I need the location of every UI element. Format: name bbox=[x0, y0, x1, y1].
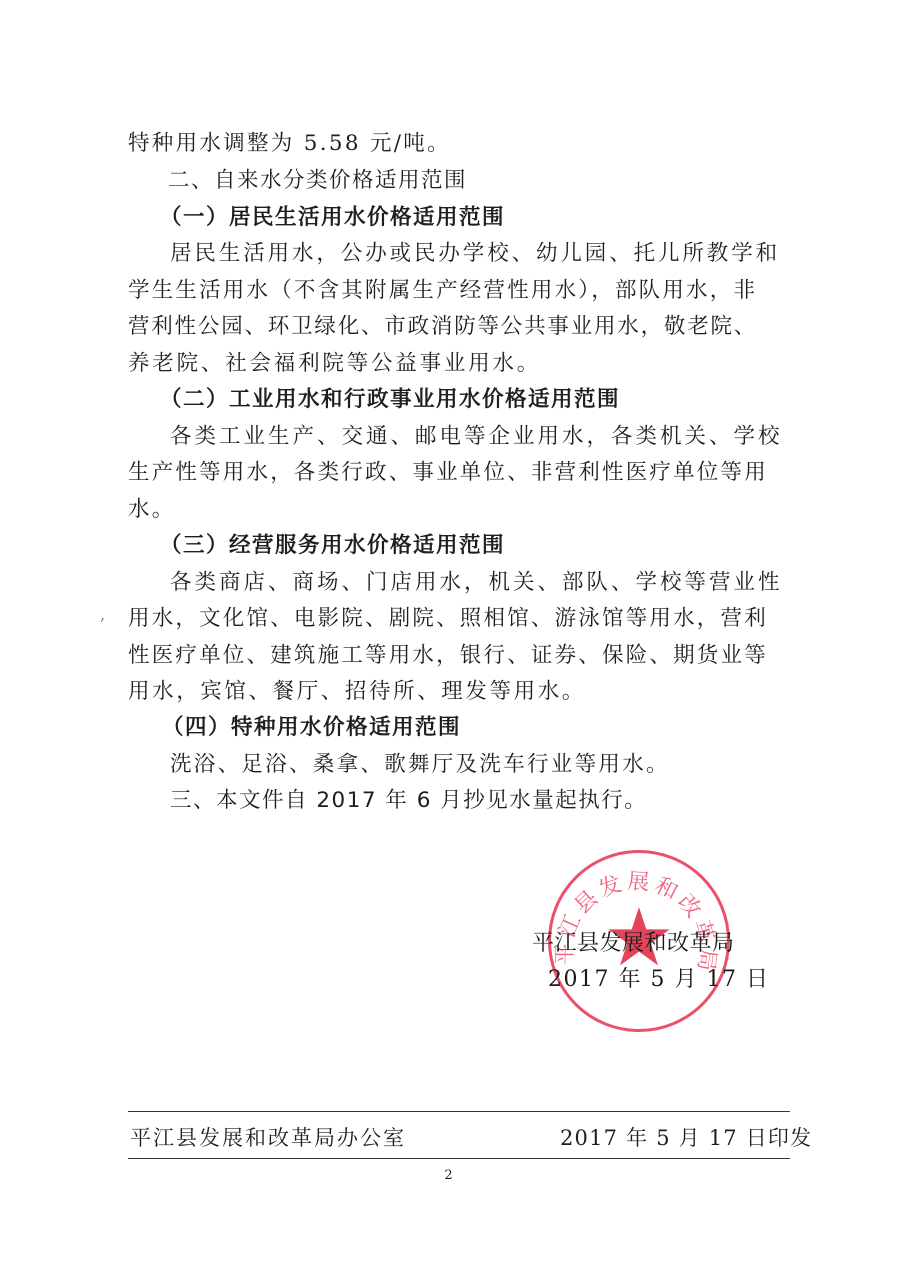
subsection-1-line-2: 学生生活用水（不含其附属生产经营性用水），部队用水，非 bbox=[128, 277, 790, 305]
subsection-3-line-3: 性医疗单位、建筑施工等用水，银行、证券、保险、期货业等 bbox=[128, 642, 790, 670]
margin-mark: , bbox=[100, 605, 105, 624]
subsection-3-line-1: 各类商店、商场、门店用水，机关、部队、学校等营业性 bbox=[170, 569, 790, 597]
subsection-2-title: （二）工业用水和行政事业用水价格适用范围 bbox=[160, 386, 822, 414]
subsection-1-title: （一）居民生活用水价格适用范围 bbox=[160, 204, 822, 232]
subsection-2-line-1: 各类工业生产、交通、邮电等企业用水，各类机关、学校 bbox=[170, 423, 790, 451]
subsection-1-line-1: 居民生活用水，公办或民办学校、幼儿园、托儿所教学和 bbox=[170, 240, 790, 268]
subsection-1-line-4: 养老院、社会福利院等公益事业用水。 bbox=[128, 350, 790, 378]
footer-issue-date: 2017 年 5 月 17 日印发 bbox=[560, 1124, 812, 1152]
continuation-line: 特种用水调整为 5.58 元/吨。 bbox=[128, 130, 790, 158]
subsection-3-line-2: 用水，文化馆、电影院、剧院、照相馆、游泳馆等用水，营利 bbox=[128, 605, 790, 633]
subsection-3-line-4: 用水，宾馆、餐厅、招待所、理发等用水。 bbox=[128, 678, 790, 706]
signature-organization: 平江县发展和改革局 bbox=[532, 930, 735, 958]
footer-issuer: 平江县发展和改革局办公室 bbox=[130, 1124, 406, 1152]
subsection-4-line-1: 洗浴、足浴、桑拿、歌舞厅及洗车行业等用水。 bbox=[170, 751, 832, 779]
subsection-2-line-3: 水。 bbox=[128, 496, 790, 524]
section-2-title: 二、自来水分类价格适用范围 bbox=[168, 167, 830, 195]
footer-bottom-rule bbox=[128, 1158, 790, 1159]
subsection-2-line-2: 生产性等用水，各类行政、事业单位、非营利性医疗单位等用 bbox=[128, 459, 790, 487]
section-3-title: 三、本文件自 2017 年 6 月抄见水量起执行。 bbox=[170, 787, 832, 815]
subsection-3-title: （三）经营服务用水价格适用范围 bbox=[160, 532, 822, 560]
page-number: 2 bbox=[0, 1168, 897, 1183]
signature-date: 2017 年 5 月 17 日 bbox=[548, 966, 769, 994]
footer-top-rule bbox=[128, 1111, 790, 1112]
document-page: 特种用水调整为 5.58 元/吨。 二、自来水分类价格适用范围 （一）居民生活用… bbox=[0, 0, 897, 1265]
subsection-4-title: （四）特种用水价格适用范围 bbox=[162, 714, 824, 742]
subsection-1-line-3: 营利性公园、环卫绿化、市政消防等公共事业用水，敬老院、 bbox=[128, 313, 790, 341]
